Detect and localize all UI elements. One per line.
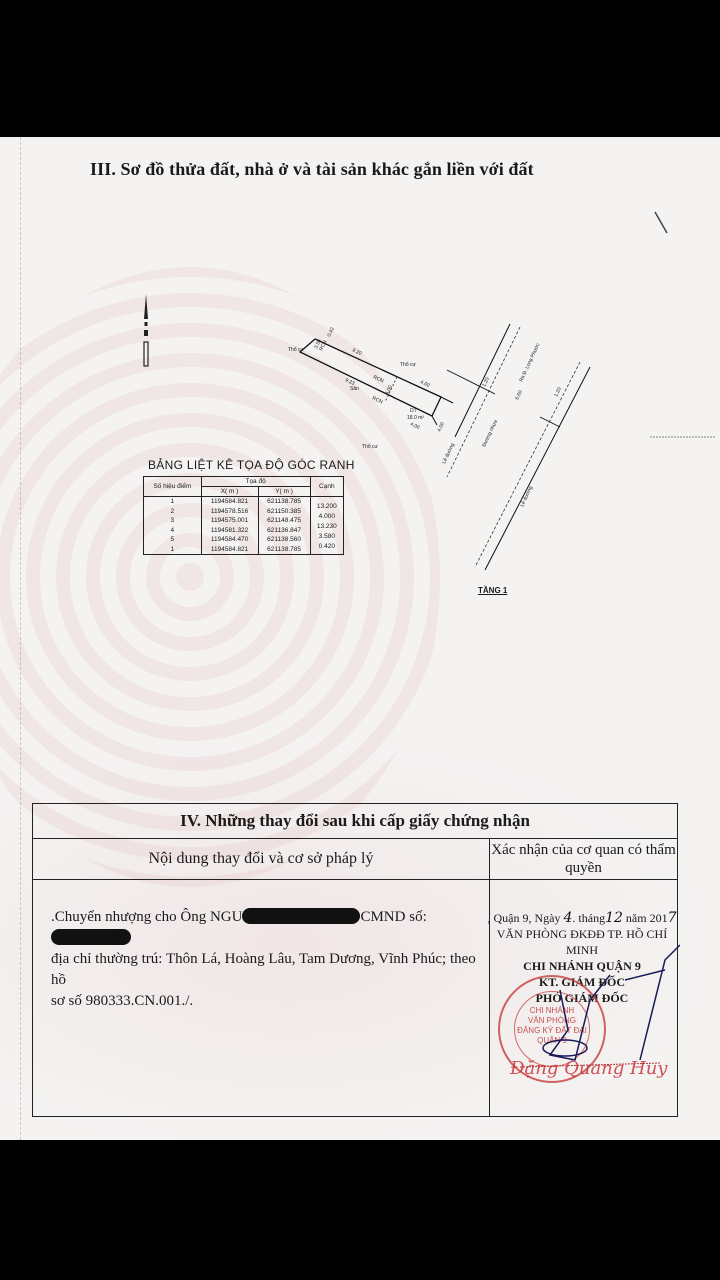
confirmation-date: , Quận 9, Ngày 4. tháng12 năm 2017 (487, 910, 677, 926)
cell-x: 1194584.470 (201, 535, 258, 545)
svg-text:Lề đường: Lề đường (519, 485, 534, 508)
cell-x: 1194578.516 (201, 507, 258, 517)
transfer-text: .Chuyển nhượng cho Ông NGU (51, 909, 242, 925)
cell-point: 2 (144, 507, 202, 517)
cell-point: 1 (144, 545, 202, 555)
cell-point: 4 (144, 526, 202, 536)
cell-y: 621138.785 (258, 545, 310, 555)
svg-text:Thổ cư: Thổ cư (288, 346, 305, 353)
header-coords: Tọa độ (201, 477, 310, 487)
cell-edges: 13.2004.00013.2303.5800.420 (310, 497, 343, 555)
cell-y: 621136.847 (258, 526, 310, 536)
header-y: Y( m ) (258, 487, 310, 497)
svg-text:Lề đường: Lề đường (441, 442, 456, 465)
branch-name: CHI NHÁNH QUẬN 9 (487, 958, 677, 974)
section-4-title: IV. Những thay đổi sau khi cấp giấy chứn… (33, 804, 677, 839)
redaction-name (242, 908, 360, 924)
redaction-id (51, 929, 131, 945)
svg-text:Thổ cư: Thổ cư (400, 361, 417, 368)
coord-table-title: BẢNG LIỆT KÊ TỌA ĐỘ GÓC RANH (148, 458, 355, 472)
svg-text:1.20: 1.20 (553, 386, 563, 398)
content-column-header: Nội dung thay đổi và cơ sở pháp lý (33, 839, 490, 879)
svg-text:9.20: 9.20 (351, 347, 363, 357)
svg-text:4.00: 4.00 (384, 384, 394, 396)
header-edge: Cạnh (310, 477, 343, 497)
svg-text:4.00: 4.00 (409, 421, 421, 431)
cell-point: 1 (144, 497, 202, 507)
svg-text:Sân: Sân (350, 386, 359, 392)
address-text: địa chỉ thường trú: Thôn Lá, Hoàng Lâu, … (51, 951, 476, 988)
svg-text:DT: DT (410, 408, 417, 414)
cell-point: 3 (144, 516, 202, 526)
svg-text:Đường nhựa: Đường nhựa (481, 419, 499, 448)
office-name: VĂN PHÒNG ĐKĐĐ TP. HỒ CHÍ MINH (487, 926, 677, 958)
table-row: 11194584.821621138.78513.2004.00013.2303… (144, 497, 344, 507)
cell-x: 1194584.821 (201, 545, 258, 555)
svg-text:RCN: RCN (372, 374, 385, 384)
cell-point: 5 (144, 535, 202, 545)
svg-text:Ra Đ. Long Phước: Ra Đ. Long Phước (518, 342, 541, 383)
svg-text:RCN: RCN (371, 395, 384, 405)
seal-text: CHI NHÁNHVĂN PHÒNGĐĂNG KÝ ĐẤT ĐAIQUẬN 9 (514, 991, 590, 1067)
cell-y: 621150.385 (258, 507, 310, 517)
header-x: X( m ) (201, 487, 258, 497)
cell-x: 1194575.001 (201, 516, 258, 526)
id-label: CMND số: (360, 909, 426, 925)
section-4-changes: IV. Những thay đổi sau khi cấp giấy chứn… (32, 803, 678, 1117)
signer-name: Đặng Quang Huy (510, 1058, 667, 1079)
cell-y: 621138.560 (258, 535, 310, 545)
header-point: Số hiệu điểm (144, 477, 202, 497)
svg-text:0.42: 0.42 (326, 326, 336, 338)
cell-y: 621138.785 (258, 497, 310, 507)
svg-text:4.00: 4.00 (436, 421, 446, 433)
svg-text:1.20: 1.20 (481, 376, 491, 388)
svg-text:18.0 m²: 18.0 m² (407, 415, 424, 421)
dossier-text: sơ số 980333.CN.001./. (51, 993, 193, 1009)
floor-label: TẦNG 1 (478, 586, 507, 595)
svg-text:Thổ cư: Thổ cư (362, 443, 379, 450)
svg-text:6.60: 6.60 (514, 389, 524, 401)
cell-y: 621148.475 (258, 516, 310, 526)
cell-x: 1194581.322 (201, 526, 258, 536)
coord-table: Số hiệu điểm Tọa độ Cạnh X( m ) Y( m ) 1… (143, 476, 344, 555)
confirm-column-header: Xác nhận của cơ quan có thẩm quyền (490, 839, 677, 879)
certificate-page: III. Sơ đồ thửa đất, nhà ở và tài sản kh… (0, 137, 720, 1140)
change-content: .Chuyển nhượng cho Ông NGUCMND số: địa c… (51, 907, 491, 1012)
cell-x: 1194584.821 (201, 497, 258, 507)
